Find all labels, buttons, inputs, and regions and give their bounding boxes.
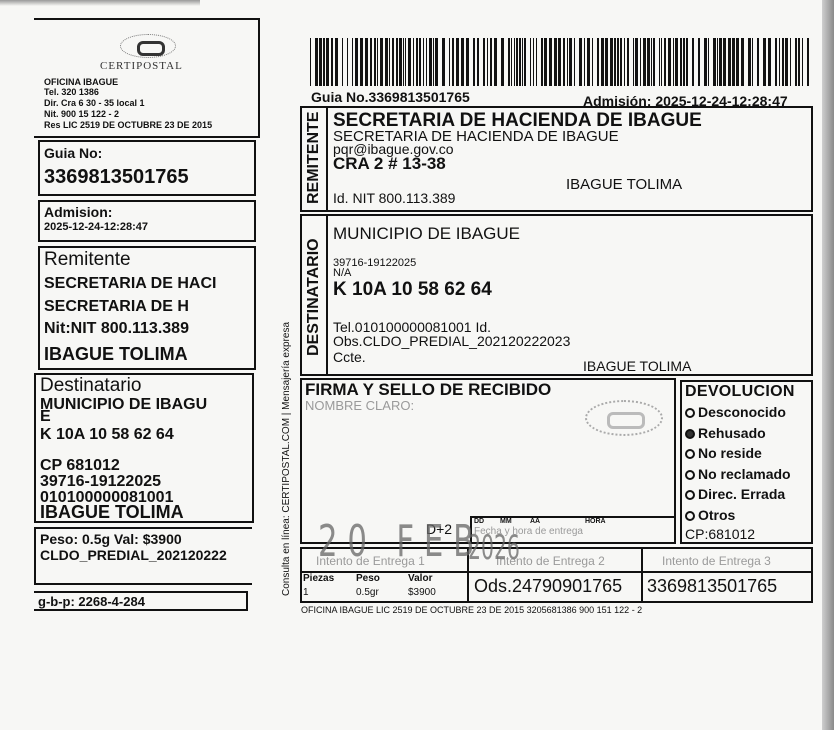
stub-obs: CLDO_PREDIAL_202120222 xyxy=(40,547,227,563)
stub-guia-value: 3369813501765 xyxy=(44,166,189,189)
shipping-label: CERTIPOSTAL OFICINA IBAGUE Tel. 320 1386… xyxy=(0,0,822,730)
stub-destinatario-label: Destinatario xyxy=(40,375,141,397)
destinatario-vertical-label: DESTINATARIO xyxy=(305,238,323,356)
scan-edge xyxy=(822,0,834,730)
devolucion-option-label: Rehusado xyxy=(698,425,766,441)
stub-office: OFICINA IBAGUE xyxy=(44,77,118,87)
nombre-claro-label: NOMBRE CLARO: xyxy=(305,398,414,413)
aa-label: AA xyxy=(530,518,540,525)
stub-remitente-nit: Nit:NIT 800.113.389 xyxy=(44,320,189,338)
devolucion-title: DEVOLUCION xyxy=(685,383,795,401)
stub-gbp-box: g-b-p: 2268-4-284 xyxy=(34,591,248,611)
devolucion-option[interactable]: Direc. Errada xyxy=(685,486,785,502)
destinatario-ccte: Ccte. xyxy=(333,349,366,365)
ods-value: Ods.24790901765 xyxy=(474,576,622,597)
remitente-id: Id. NIT 800.113.389 xyxy=(333,190,455,206)
stub-destinatario-address: K 10A 10 58 62 64 xyxy=(40,426,174,444)
radio-icon[interactable] xyxy=(685,449,695,459)
stub-remitente-box: Remitente SECRETARIA DE HACI SECRETARIA … xyxy=(38,246,256,370)
date-stamp: 20 FEB xyxy=(318,516,484,567)
radio-icon[interactable] xyxy=(685,408,695,418)
stub-remitente-city: IBAGUE TOLIMA xyxy=(44,344,188,365)
peso-value: 0.5gr xyxy=(356,587,379,598)
radio-icon[interactable] xyxy=(685,470,695,480)
radio-icon[interactable] xyxy=(685,490,695,500)
stub-peso-val: Peso: 0.5g Val: $3900 xyxy=(40,531,182,547)
stub-peso-box: Peso: 0.5g Val: $3900 CLDO_PREDIAL_20212… xyxy=(34,527,252,585)
devolucion-option[interactable]: No reside xyxy=(685,445,762,461)
stub-destinatario-box: Destinatario MUNICIPIO DE IBAGU E K 10A … xyxy=(34,373,254,523)
valor-value: $3900 xyxy=(408,587,436,598)
stub-remitente-line1: SECRETARIA DE HACI xyxy=(44,275,216,293)
peso-label: Peso xyxy=(356,573,380,584)
stub-admision-box: Admision: 2025-12-24-12:28:47 xyxy=(38,200,256,242)
stub-admision-label: Admision: xyxy=(44,204,112,220)
remitente-city: IBAGUE TOLIMA xyxy=(566,176,682,193)
devolucion-option-label: Desconocido xyxy=(698,404,786,420)
valor-label: Valor xyxy=(408,573,432,584)
devolucion-option-label: No reside xyxy=(698,445,762,461)
header-guia: Guia No.3369813501765 xyxy=(311,89,470,105)
firma-title: FIRMA Y SELLO DE RECIBIDO xyxy=(305,380,551,400)
stub-nit: Nit. 900 15 122 - 2 xyxy=(44,109,119,119)
destinatario-obs: Obs.CLDO_PREDIAL_202120222023 xyxy=(333,333,570,349)
barcode xyxy=(310,38,818,86)
devolucion-option-label: Direc. Errada xyxy=(698,486,785,502)
certipostal-logo-icon xyxy=(120,34,176,58)
devolucion-option[interactable]: Rehusado xyxy=(685,425,766,441)
side-consulta-text: Consulta en línea: CERTIPOSTAL.COM | Men… xyxy=(281,322,292,596)
stub-remitente-line2: SECRETARIA DE H xyxy=(44,298,189,316)
devolucion-option[interactable]: Otros xyxy=(685,507,735,523)
stub-gbp: g-b-p: 2268-4-284 xyxy=(38,594,145,609)
stub-tel: Tel. 320 1386 xyxy=(44,87,99,97)
guia-value-bottom: 3369813501765 xyxy=(647,576,777,597)
devolucion-option-label: No reclamado xyxy=(698,466,791,482)
brand-name: CERTIPOSTAL xyxy=(100,60,183,72)
mm-label: MM xyxy=(500,518,512,525)
radio-checked-icon[interactable] xyxy=(685,429,695,439)
stub-res: Res LIC 2519 DE OCTUBRE 23 DE 2015 xyxy=(44,120,212,130)
destinatario-address: K 10A 10 58 62 64 xyxy=(333,279,492,301)
details-row: Piezas 1 Peso 0.5gr Valor $3900 Ods.2479… xyxy=(300,571,813,603)
devolucion-option[interactable]: No reclamado xyxy=(685,466,791,482)
devolucion-option-label: Otros xyxy=(698,507,735,523)
stub-admision-value: 2025-12-24-12:28:47 xyxy=(44,221,148,233)
stub-destinatario-line1b: E xyxy=(40,410,51,424)
destinatario-box: DESTINATARIO MUNICIPIO DE IBAGUE 39716-1… xyxy=(300,214,813,376)
stub-remitente-label: Remitente xyxy=(44,249,131,271)
destinatario-na: N/A xyxy=(333,267,351,279)
piezas-value: 1 xyxy=(303,587,309,598)
footer-text: OFICINA IBAGUE LIC 2519 DE OCTUBRE 23 DE… xyxy=(301,605,642,615)
date-stamp-year: 2026 xyxy=(468,528,520,568)
stub-guia-box: Guia No: 3369813501765 xyxy=(38,140,256,196)
remitente-address: CRA 2 # 13-38 xyxy=(333,154,446,174)
stub-dir: Dir. Cra 6 30 - 35 local 1 xyxy=(44,98,145,108)
stub-guia-label: Guia No: xyxy=(44,145,102,161)
watermark-logo-icon xyxy=(585,400,663,436)
devolucion-box: DEVOLUCION DesconocidoRehusadoNo resideN… xyxy=(680,380,813,544)
stub-destinatario-city: IBAGUE TOLIMA xyxy=(40,502,184,523)
radio-icon[interactable] xyxy=(685,511,695,521)
hora-label: HORA xyxy=(585,518,606,525)
remitente-box: REMITENTE SECRETARIA DE HACIENDA DE IBAG… xyxy=(300,106,813,212)
stub-destinatario-line1: MUNICIPIO DE IBAGU xyxy=(40,396,207,414)
devolucion-cp: CP:681012 xyxy=(685,526,755,542)
remitente-vertical-label: REMITENTE xyxy=(305,112,323,204)
piezas-label: Piezas xyxy=(303,573,334,584)
devolucion-option[interactable]: Desconocido xyxy=(685,404,786,420)
scan-shadow xyxy=(0,0,200,6)
intento-3[interactable]: Intento de Entrega 3 xyxy=(662,554,771,568)
destinatario-city: IBAGUE TOLIMA xyxy=(583,358,691,374)
destinatario-name: MUNICIPIO DE IBAGUE xyxy=(333,224,520,244)
